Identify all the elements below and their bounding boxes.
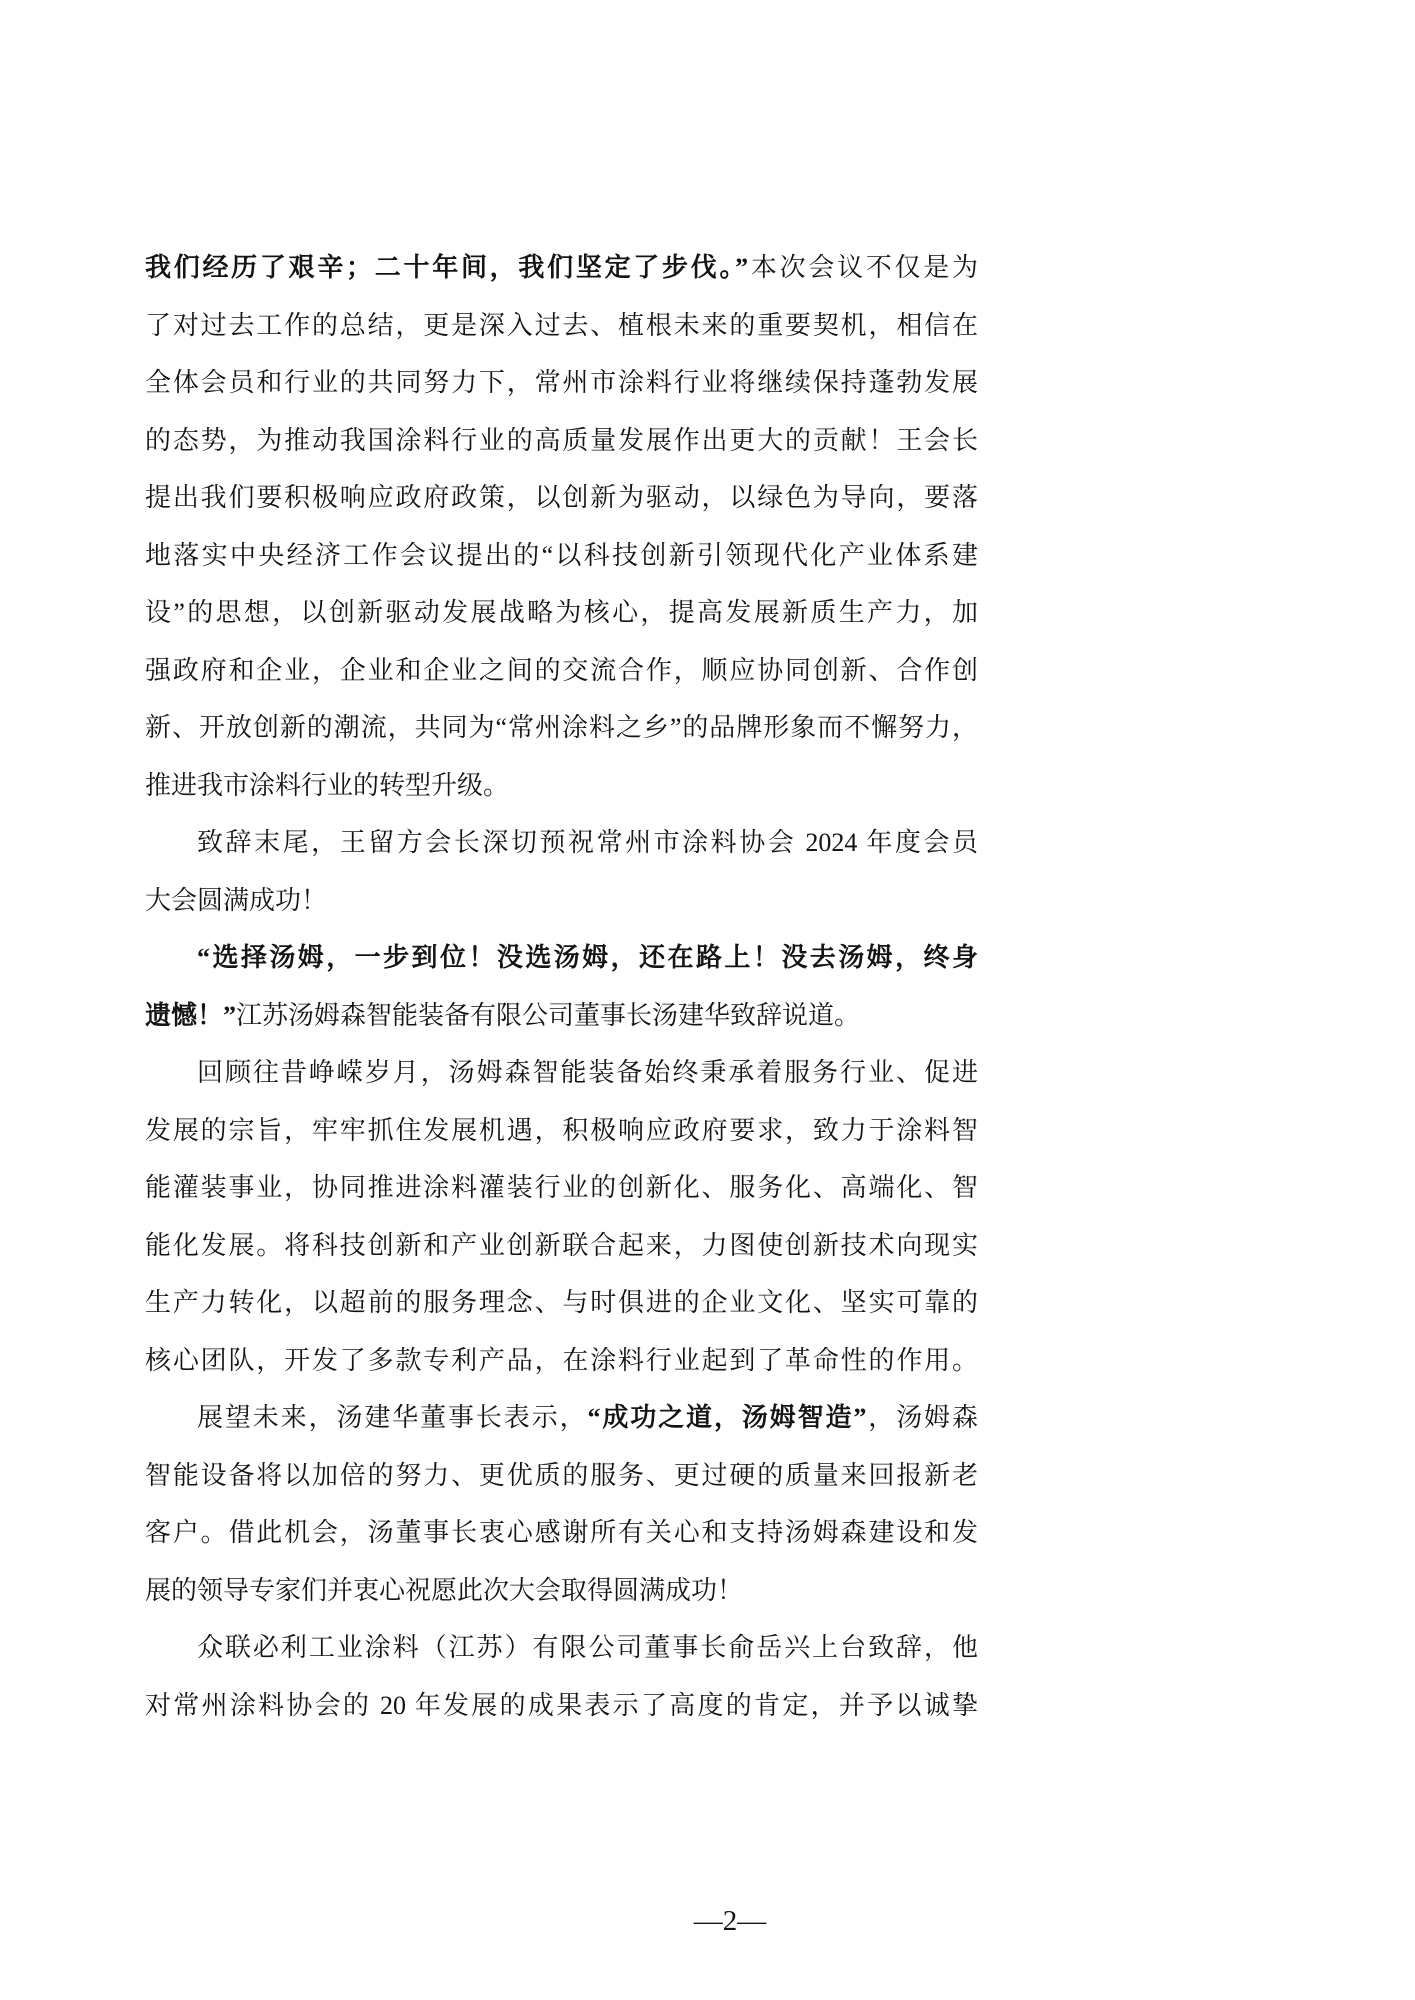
text-segment: 生产力转化，以超前的服务理念、与时俱进的企业文化、坚实可靠的 xyxy=(145,1288,978,1317)
page-number: —2— xyxy=(630,1903,830,1939)
text-segment: 强政府和企业，企业和企业之间的交流合作，顺应协同创新、合作创 xyxy=(145,656,978,685)
text-segment: 地落实中央经济工作会议提出的“以科技创新引领现代化产业体系建 xyxy=(145,541,978,570)
text-line: 强政府和企业，企业和企业之间的交流合作，顺应协同创新、合作创 xyxy=(145,642,978,700)
text-segment: 回顾往昔峥嵘岁月，汤姆森智能装备始终秉承着服务行业、促进 xyxy=(197,1058,978,1087)
text-segment: 本次会议不仅是为 xyxy=(748,253,978,282)
text-line: 致辞末尾，王留方会长深切预祝常州市涂料协会 2024 年度会员 xyxy=(145,814,978,872)
bold-text-segment: “选择汤姆，一步到位！没选汤姆，还在路上！没去汤姆，终身 xyxy=(197,943,978,972)
text-line: 能灌装事业，协同推进涂料灌装行业的创新化、服务化、高端化、智 xyxy=(145,1159,978,1217)
text-line: 众联必利工业涂料（江苏）有限公司董事长俞岳兴上台致辞，他 xyxy=(145,1619,978,1677)
bold-text-segment: “成功之道，汤姆智造” xyxy=(587,1403,866,1432)
text-line: 我们经历了艰辛；二十年间，我们坚定了步伐。”本次会议不仅是为 xyxy=(145,239,978,297)
text-line: 对常州涂料协会的 20 年发展的成果表示了高度的肯定，并予以诚挚 xyxy=(145,1677,978,1735)
text-segment: 能灌装事业，协同推进涂料灌装行业的创新化、服务化、高端化、智 xyxy=(145,1173,978,1202)
document-page: 我们经历了艰辛；二十年间，我们坚定了步伐。”本次会议不仅是为了对过去工作的总结，… xyxy=(0,0,1415,2000)
text-line: 能化发展。将科技创新和产业创新联合起来，力图使创新技术向现实 xyxy=(145,1217,978,1275)
text-segment: 众联必利工业涂料（江苏）有限公司董事长俞岳兴上台致辞，他 xyxy=(197,1633,978,1662)
text-line: 回顾往昔峥嵘岁月，汤姆森智能装备始终秉承着服务行业、促进 xyxy=(145,1044,978,1102)
text-segment: 新、开放创新的潮流，共同为“常州涂料之乡”的品牌形象而不懈努力， xyxy=(145,713,978,742)
text-line: 了对过去工作的总结，更是深入过去、植根未来的重要契机，相信在 xyxy=(145,297,978,355)
text-line: 展的领导专家们并衷心祝愿此次大会取得圆满成功！ xyxy=(145,1562,978,1620)
text-line: 设”的思想，以创新驱动发展战略为核心，提高发展新质生产力，加 xyxy=(145,584,978,642)
text-line: 遗憾！”江苏汤姆森智能装备有限公司董事长汤建华致辞说道。 xyxy=(145,987,978,1045)
text-segment: 智能设备将以加倍的努力、更优质的服务、更过硬的质量来回报新老 xyxy=(145,1461,978,1490)
bold-text-segment: 我们经历了艰辛；二十年间，我们坚定了步伐。” xyxy=(145,253,748,282)
text-line: 智能设备将以加倍的努力、更优质的服务、更过硬的质量来回报新老 xyxy=(145,1447,978,1505)
text-segment: 全体会员和行业的共同努力下，常州市涂料行业将继续保持蓬勃发展 xyxy=(145,368,978,397)
text-segment: 江苏汤姆森智能装备有限公司董事长汤建华致辞说道。 xyxy=(236,1001,860,1030)
text-line: 客户。借此机会，汤董事长衷心感谢所有关心和支持汤姆森建设和发 xyxy=(145,1504,978,1562)
text-line: 核心团队，开发了多款专利产品，在涂料行业起到了革命性的作用。 xyxy=(145,1332,978,1390)
text-line: 推进我市涂料行业的转型升级。 xyxy=(145,757,978,815)
text-segment: 推进我市涂料行业的转型升级。 xyxy=(145,771,509,800)
text-line: 发展的宗旨，牢牢抓住发展机遇，积极响应政府要求，致力于涂料智 xyxy=(145,1102,978,1160)
text-segment: 提出我们要积极响应政府政策，以创新为驱动，以绿色为导向，要落 xyxy=(145,483,978,512)
text-segment: 核心团队，开发了多款专利产品，在涂料行业起到了革命性的作用。 xyxy=(145,1346,978,1375)
text-segment: 设”的思想，以创新驱动发展战略为核心，提高发展新质生产力，加 xyxy=(145,598,978,627)
bold-text-segment: 遗憾！” xyxy=(145,1001,236,1030)
text-segment: 对常州涂料协会的 20 年发展的成果表示了高度的肯定，并予以诚挚 xyxy=(145,1691,978,1720)
text-segment: 致辞末尾，王留方会长深切预祝常州市涂料协会 2024 年度会员 xyxy=(197,828,978,857)
text-line: 提出我们要积极响应政府政策，以创新为驱动，以绿色为导向，要落 xyxy=(145,469,978,527)
text-segment: 发展的宗旨，牢牢抓住发展机遇，积极响应政府要求，致力于涂料智 xyxy=(145,1116,978,1145)
text-segment: 客户。借此机会，汤董事长衷心感谢所有关心和支持汤姆森建设和发 xyxy=(145,1518,978,1547)
text-segment: ，汤姆森 xyxy=(866,1403,978,1432)
text-line: 全体会员和行业的共同努力下，常州市涂料行业将继续保持蓬勃发展 xyxy=(145,354,978,412)
text-line: “选择汤姆，一步到位！没选汤姆，还在路上！没去汤姆，终身 xyxy=(145,929,978,987)
text-segment: 展望未来，汤建华董事长表示， xyxy=(197,1403,587,1432)
text-segment: 能化发展。将科技创新和产业创新联合起来，力图使创新技术向现实 xyxy=(145,1231,978,1260)
text-segment: 了对过去工作的总结，更是深入过去、植根未来的重要契机，相信在 xyxy=(145,311,978,340)
text-body: 我们经历了艰辛；二十年间，我们坚定了步伐。”本次会议不仅是为了对过去工作的总结，… xyxy=(145,239,978,1734)
text-segment: 展的领导专家们并衷心祝愿此次大会取得圆满成功！ xyxy=(145,1576,743,1605)
text-line: 地落实中央经济工作会议提出的“以科技创新引领现代化产业体系建 xyxy=(145,527,978,585)
text-line: 生产力转化，以超前的服务理念、与时俱进的企业文化、坚实可靠的 xyxy=(145,1274,978,1332)
text-line: 展望未来，汤建华董事长表示，“成功之道，汤姆智造”，汤姆森 xyxy=(145,1389,978,1447)
text-line: 新、开放创新的潮流，共同为“常州涂料之乡”的品牌形象而不懈努力， xyxy=(145,699,978,757)
text-segment: 大会圆满成功！ xyxy=(145,886,327,915)
text-line: 的态势，为推动我国涂料行业的高质量发展作出更大的贡献！王会长 xyxy=(145,412,978,470)
text-line: 大会圆满成功！ xyxy=(145,872,978,930)
text-segment: 的态势，为推动我国涂料行业的高质量发展作出更大的贡献！王会长 xyxy=(145,426,978,455)
